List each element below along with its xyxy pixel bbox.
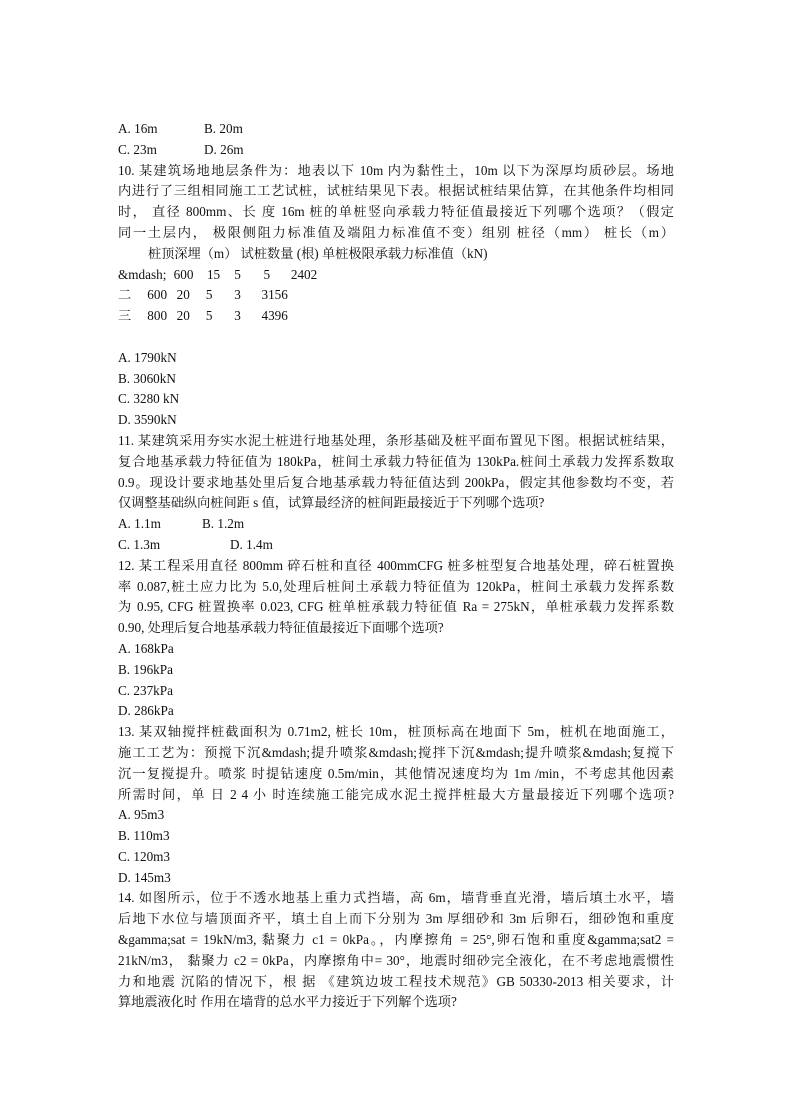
q10-option-b: B. 3060kN [118, 369, 674, 390]
q11-option-d: D. 1.4m [230, 535, 273, 556]
q10-option-d: D. 3590kN [118, 410, 674, 431]
q11-line-2: 复合地基承载力特征值为 180kPa，桩间土承载力特征值为 130kPa.桩间土… [118, 452, 674, 473]
cell-capacity: 4396 [261, 306, 287, 327]
q9-option-a: A. 16m [118, 119, 204, 140]
q10-option-a: A. 1790kN [118, 348, 674, 369]
q11-line-4: 仅调整基础纵向桩间距 s 值，试算最经济的桩间距最接近于下列哪个选项? [118, 493, 674, 514]
q10-line-2: 内进行了三组相同施工工艺试桩，试桩结果见下表。根据试桩结果估算，在其他条件均相同 [118, 181, 674, 202]
q10-line-4: 同一土层内， 极限侧阻力标准值及端阻力标准值不变）组别 桩径（mm） 桩长（m） [118, 223, 674, 244]
q11-option-b: B. 1.2m [202, 514, 244, 535]
table-row: 三 800 20 5 3 4396 [118, 306, 674, 327]
q12-line-4: 0.90, 处理后复合地基承载力特征值最接近下面哪个选项? [118, 618, 674, 639]
cell-group: &mdash; [118, 265, 166, 286]
cell-diameter: 600 [174, 265, 204, 286]
q13-option-a: A. 95m3 [118, 805, 674, 826]
q12-option-d: D. 286kPa [118, 701, 674, 722]
q9-option-d: D. 26m [204, 140, 244, 161]
q9-options-row-2: C. 23mD. 26m [118, 140, 674, 161]
q11-line-1: 11. 某建筑采用夯实水泥土桩进行地基处理，条形基础及桩平面布置见下图。根据试桩… [118, 431, 674, 452]
cell-count: 3 [234, 285, 258, 306]
q14-line-4: 21kN/m3， 黏聚力 c2 = 0kPa，内摩擦角中= 30°，地震时细砂完… [118, 951, 674, 972]
q11-options-row-1: A. 1.1mB. 1.2m [118, 514, 674, 535]
cell-length: 20 [177, 285, 203, 306]
q13-option-d: D. 145m3 [118, 868, 674, 889]
q10-option-c: C. 3280 kN [118, 389, 674, 410]
q11-option-c: C. 1.3m [118, 535, 230, 556]
q10-line-1: 10. 某建筑场地地层条件为：地表以下 10m 内为黏性土，10m 以下为深厚均… [118, 161, 674, 182]
cell-depth: 5 [234, 265, 260, 286]
cell-length: 15 [207, 265, 231, 286]
cell-capacity: 2402 [291, 265, 317, 286]
cell-count: 5 [264, 265, 288, 286]
q12-line-3: 为 0.95, CFG 桩置换率 0.023, CFG 桩单桩承载力特征值 Ra… [118, 597, 674, 618]
q14-line-3: &gamma;sat = 19kN/m3, 黏聚力 c1 = 0kPa。，内摩擦… [118, 930, 674, 951]
q12-option-c: C. 237kPa [118, 681, 674, 702]
table-row: 二 600 20 5 3 3156 [118, 285, 674, 306]
cell-depth: 5 [206, 306, 231, 327]
q11-line-3: 0.9。现设计要求地基处里后复合地基承载力特征值达到 200kPa，假定其他参数… [118, 473, 674, 494]
q11-options-row-2: C. 1.3mD. 1.4m [118, 535, 674, 556]
table-row: &mdash; 600 15 5 5 2402 [118, 265, 674, 286]
cell-diameter: 600 [147, 285, 173, 306]
blank-line [118, 327, 674, 348]
q10-table-header: 桩顶深埋（m） 试桩数量 (根) 单桩极限承载力标准值（kN) [118, 244, 674, 265]
cell-group: 三 [118, 306, 144, 327]
document-page: A. 16mB. 20m C. 23mD. 26m 10. 某建筑场地地层条件为… [118, 119, 674, 1013]
cell-length: 20 [177, 306, 203, 327]
q14-line-6: 算地震液化时 作用在墙背的总水平力接近于下列解个选项? [118, 992, 674, 1013]
q10-line-3: 时， 直径 800mm、长 度 16m 桩的单桩竖向承载力特征值最接近下列哪个选… [118, 202, 674, 223]
q13-option-b: B. 110m3 [118, 826, 674, 847]
q13-line-4: 所需时间，单 日 2 4 小 时连续施工能完成水泥土搅拌桩最大方量最接近下列哪个… [118, 785, 674, 806]
q13-line-1: 13. 某双轴搅拌桩截面积为 0.71m2, 桩长 10m，桩顶标高在地面下 5… [118, 722, 674, 743]
q14-line-1: 14. 如图所示，位于不透水地基上重力式挡墙，高 6m，墙背垂直光滑，墙后填土水… [118, 888, 674, 909]
q9-option-c: C. 23m [118, 140, 204, 161]
cell-group: 二 [118, 285, 144, 306]
cell-count: 3 [234, 306, 258, 327]
q12-line-1: 12. 某工程采用直径 800mm 碎石桩和直径 400mmCFG 桩多桩型复合… [118, 556, 674, 577]
q14-line-5: 力和地震 沉陷的情况下，根 据 《建筑边坡工程技术规范》GB 50330-201… [118, 972, 674, 993]
q12-line-2: 率 0.087,桩土应力比为 5.0,处理后桩间土承载力特征值为 120kPa，… [118, 577, 674, 598]
q13-option-c: C. 120m3 [118, 847, 674, 868]
cell-diameter: 800 [147, 306, 173, 327]
q13-line-3: 沉一复搅提升。喷浆 时提钻速度 0.5m/min，其他情况速度均为 1m /mi… [118, 764, 674, 785]
q12-option-b: B. 196kPa [118, 660, 674, 681]
cell-capacity: 3156 [261, 285, 287, 306]
q9-options-row-1: A. 16mB. 20m [118, 119, 674, 140]
cell-depth: 5 [206, 285, 231, 306]
q13-line-2: 施工工艺为：预搅下沉&mdash;提升喷浆&mdash;搅拌下沉&mdash;提… [118, 743, 674, 764]
q9-option-b: B. 20m [204, 119, 243, 140]
q12-option-a: A. 168kPa [118, 639, 674, 660]
q14-line-2: 后地下水位与墙顶面齐平，填土自上而下分别为 3m 厚细砂和 3m 后卵石，细砂饱… [118, 909, 674, 930]
q11-option-a: A. 1.1m [118, 514, 202, 535]
